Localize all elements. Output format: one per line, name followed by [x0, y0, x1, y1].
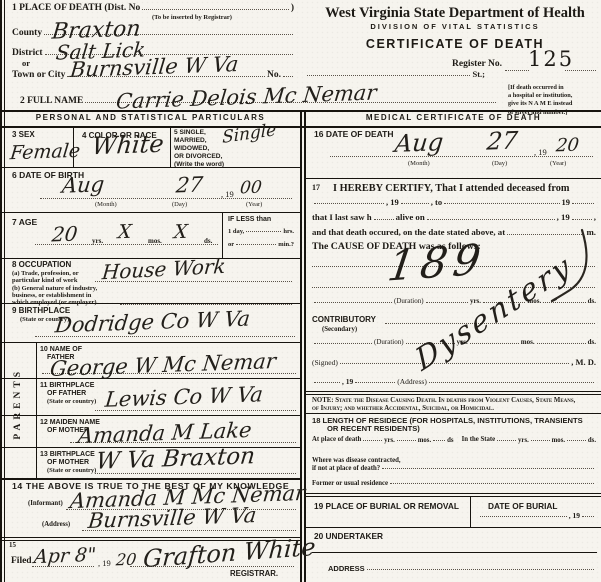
- full-name-label: 2 FULL NAME: [20, 96, 83, 106]
- h-rule: [306, 496, 601, 497]
- to-label: , to: [431, 198, 442, 207]
- yrs-label: yrs.: [384, 437, 395, 444]
- certify-line2: , 19 , to 19: [312, 198, 596, 207]
- blank: [572, 203, 594, 204]
- father-name-handwritten: George W Mc Nemar: [49, 351, 277, 380]
- marital-value-handwritten: Single: [222, 122, 276, 147]
- printed-19: , 19: [386, 198, 399, 207]
- at-place-label: At place of death: [312, 436, 361, 444]
- h-rule: [306, 527, 601, 528]
- blank: [567, 440, 586, 441]
- mother-birthplace-sub: (State or country): [47, 467, 96, 474]
- v-rule: [222, 212, 223, 258]
- address-label: (Address): [397, 378, 427, 386]
- left-section-title: PERSONAL AND STATISTICAL PARTICULARS: [0, 114, 301, 123]
- filed-year-printed: , 19: [98, 559, 111, 568]
- blank: [397, 440, 416, 441]
- register-no-blank-left: [505, 70, 529, 71]
- min-blank: [236, 244, 276, 245]
- ds-label: ds.: [588, 339, 596, 347]
- department-title: West Virginia State Department of Health: [310, 6, 600, 22]
- age-months-handwritten: X: [117, 223, 133, 243]
- blank: [355, 382, 395, 383]
- certify-line3: that I last saw h alive on , 19 ,: [312, 213, 596, 223]
- marital-label: 5 SINGLE, MARRIED, WIDOWED, OR DIVORCED,…: [174, 129, 224, 169]
- one-day-label: 1 day,: [228, 228, 244, 235]
- age-years-handwritten: 20: [51, 224, 79, 245]
- district-label: District: [12, 48, 43, 58]
- dod-year-handwritten: 20: [555, 137, 580, 156]
- cause-value-handwritten: 189: [385, 238, 489, 287]
- signed-address-line: , 19 (Address): [312, 378, 596, 386]
- division-subtitle: DIVISION OF VITAL STATISTICS: [310, 23, 600, 31]
- certify-num: 17: [312, 184, 320, 193]
- informant-address-label: (Address): [42, 521, 70, 528]
- v-rule: [36, 342, 37, 478]
- race-value-handwritten: White: [91, 132, 165, 159]
- mother-maiden-handwritten: Amanda M Lake: [77, 420, 253, 447]
- comma: ,: [594, 213, 596, 223]
- place-of-death-label: 1 PLACE OF DEATH (Dist. No: [12, 3, 140, 13]
- last-saw-label: that I last saw h: [312, 213, 372, 223]
- blank: [572, 219, 592, 220]
- center-divider-outer: [300, 110, 302, 582]
- dob-year-handwritten: 00: [239, 180, 262, 198]
- age-ds-label: ds.: [204, 238, 212, 246]
- mother-birthplace-label-1: 13 BIRTHPLACE: [40, 451, 95, 459]
- blank: [374, 219, 394, 220]
- dob-day-sub: (Day): [172, 201, 187, 208]
- town-label: Town or City: [12, 70, 65, 80]
- father-name-label-1: 10 NAME OF: [40, 346, 82, 354]
- dod-day-sub: (Day): [492, 160, 507, 167]
- occupation-b-blank: [120, 304, 292, 305]
- mos-label: mos.: [521, 339, 535, 347]
- blank: [480, 516, 567, 517]
- age-days-handwritten: X: [173, 223, 189, 243]
- dod-year-sub: (Year): [550, 160, 566, 167]
- or-label: or: [22, 59, 30, 68]
- undertaker-label: 20 UNDERTAKER: [314, 532, 383, 541]
- dob-year-printed: , 19: [221, 190, 234, 199]
- contributory-label: CONTRIBUTORY: [312, 316, 376, 325]
- center-divider-inner: [304, 110, 306, 582]
- dob-blank: [40, 198, 292, 199]
- residence-line: At place of death yrs. mos. ds In the St…: [312, 436, 596, 444]
- blank: [429, 382, 594, 383]
- yrs-label: yrs.: [518, 437, 529, 444]
- father-birthplace-sub: (State or country): [47, 398, 96, 405]
- blank: [314, 382, 340, 383]
- blank: [314, 203, 384, 204]
- hrs-blank: [246, 231, 281, 232]
- duration-label: (Duration): [394, 298, 424, 306]
- full-name-value-handwritten: Carrie Delois Mc Nemar: [115, 82, 378, 112]
- blank: [367, 569, 594, 570]
- dob-year-sub: (Year): [246, 201, 262, 208]
- ds-label: ds: [447, 437, 453, 444]
- occupation-value-handwritten: House Work: [101, 256, 226, 283]
- blank: [427, 219, 555, 220]
- street-blank: [307, 75, 470, 76]
- h-rule: [306, 413, 601, 414]
- county-label: County: [12, 28, 42, 38]
- register-no-blank-right: [565, 70, 596, 71]
- occupation-a2: particular kind of work: [12, 277, 77, 284]
- h-rule: [0, 167, 301, 168]
- date-of-death-label: 16 DATE OF DEATH: [314, 130, 394, 139]
- street-row: St.;: [305, 70, 485, 79]
- dod-month-sub: (Month): [408, 160, 430, 167]
- if-less-line1: IF LESS than: [228, 216, 271, 224]
- blank: [537, 343, 586, 344]
- note-line2: of Injury; and whether Accidental, Suici…: [312, 405, 494, 412]
- registrar-insert-note: (To be inserted by Registrar): [152, 14, 232, 21]
- where-contracted-label-1: Where was disease contracted,: [312, 457, 401, 464]
- blank: [340, 363, 569, 364]
- dod-year-printed: , 19: [534, 148, 547, 157]
- father-birthplace-label-2: OF FATHER: [47, 390, 86, 398]
- blank: [433, 440, 445, 441]
- v-rule: [170, 127, 171, 167]
- min-label: min.?: [278, 241, 294, 248]
- burial-date-line: , 19: [478, 512, 596, 520]
- where-contracted-line: if not at place of death?: [312, 465, 596, 472]
- age-mos-label: mos.: [148, 238, 162, 246]
- v-rule: [470, 496, 471, 527]
- occupation-label: 8 OCCUPATION: [12, 261, 71, 270]
- father-birthplace-label-1: 11 BIRTHPLACE: [40, 382, 94, 390]
- h-rule: [306, 394, 601, 395]
- sex-value-handwritten: Female: [9, 142, 81, 164]
- printed-19: , 19: [557, 213, 570, 223]
- where-contracted-label-2: if not at place of death?: [312, 465, 380, 472]
- mother-birthplace-label-2: OF MOTHER: [47, 459, 89, 467]
- informant-label: (Informant): [28, 500, 63, 507]
- filed-year-handwritten: 20: [115, 552, 137, 569]
- printed-19: 19: [562, 198, 571, 207]
- blank: [444, 203, 559, 204]
- blank: [582, 516, 594, 517]
- hrs-label: hrs.: [283, 228, 294, 235]
- h-rule: [0, 478, 301, 480]
- signed-label: (Signed): [312, 359, 338, 367]
- printed-19: , 19: [342, 378, 353, 386]
- page-left-border-inner: [4, 0, 5, 582]
- residence-label-2: OR RECENT RESIDENTS): [327, 425, 420, 433]
- blank: [426, 302, 468, 303]
- informant-address-handwritten: Burnsville W Va: [87, 505, 258, 532]
- undertaker-address-line: ADDRESS: [328, 565, 596, 573]
- no-label: No.: [267, 70, 281, 80]
- place-of-death-heading: 1 PLACE OF DEATH (Dist. No ): [12, 3, 294, 13]
- h-rule: [306, 178, 601, 179]
- blank: [531, 440, 550, 441]
- burial-place-label: 19 PLACE OF BURIAL OR REMOVAL: [314, 502, 459, 511]
- in-state-label: In the State: [462, 436, 496, 444]
- certify-line1: I HEREBY CERTIFY, That I attended deceas…: [333, 183, 570, 194]
- if-less-line2: 1 day, hrs.: [228, 228, 294, 235]
- h-rule: [0, 342, 301, 343]
- md-label: , M. D.: [571, 358, 596, 367]
- dod-blank: [330, 156, 593, 157]
- address-label: ADDRESS: [328, 565, 365, 573]
- place-of-death-close: ): [291, 3, 294, 13]
- h-rule: [306, 391, 601, 392]
- register-no-value: 125: [528, 48, 574, 71]
- printed-19: , 19: [569, 512, 580, 520]
- filed-label: Filed: [11, 556, 32, 566]
- page-left-border-outer: [0, 0, 2, 582]
- or-min-label: or: [228, 241, 234, 248]
- mos-label: mos.: [552, 437, 565, 444]
- note-line1: NOTE: State the Disease Causing Death. I…: [312, 397, 575, 404]
- mos-label: mos.: [418, 437, 431, 444]
- sex-label: 3 SEX: [12, 131, 35, 140]
- dod-day-handwritten: 27: [486, 128, 519, 153]
- dist-no-blank: [142, 9, 289, 10]
- mother-birthplace-handwritten: W Va Braxton: [95, 445, 256, 474]
- dob-day-handwritten: 27: [175, 174, 204, 196]
- age-label: 7 AGE: [12, 218, 37, 227]
- filed-date-handwritten: Apr 8": [33, 546, 97, 567]
- dob-month-sub: (Month): [95, 201, 117, 208]
- former-residence-line: Former or usual residence: [312, 480, 596, 487]
- death-certificate-page: 1 PLACE OF DEATH (Dist. No ) (To be inse…: [0, 0, 601, 582]
- h-rule: [0, 378, 301, 379]
- blank: [497, 440, 516, 441]
- age-yrs-label: yrs.: [92, 238, 103, 246]
- secondary-label: (Secondary): [322, 326, 357, 333]
- blank: [382, 468, 594, 469]
- no-blank: [283, 76, 293, 77]
- blank: [314, 302, 392, 303]
- alive-on-label: alive on: [396, 213, 425, 223]
- hospital-note: [If death occurred in a hospital or inst…: [508, 84, 572, 117]
- dod-month-handwritten: Aug: [394, 130, 445, 156]
- duration-label: (Duration): [374, 339, 404, 347]
- registrar-label: REGISTRAR.: [230, 570, 278, 579]
- dob-month-handwritten: Aug: [61, 174, 105, 197]
- blank: [390, 483, 594, 484]
- h-rule: [0, 212, 301, 213]
- blank: [401, 203, 429, 204]
- father-birthplace-handwritten: Lewis Co W Va: [104, 384, 264, 411]
- blank: [314, 343, 372, 344]
- register-no-label: Register No.: [452, 59, 502, 69]
- h-rule: [0, 415, 301, 416]
- birthplace-value-handwritten: Dodridge Co W Va: [54, 309, 251, 337]
- filed-num: 15: [9, 542, 16, 550]
- h-rule: [306, 493, 601, 494]
- blank: [363, 440, 382, 441]
- former-residence-label: Former or usual residence: [312, 480, 388, 487]
- ds-label: ds.: [588, 437, 596, 444]
- street-label: St.;: [472, 70, 485, 79]
- burial-date-label: DATE OF BURIAL: [488, 502, 557, 511]
- undertaker-blank-line: [312, 552, 597, 553]
- right-section-title: MEDICAL CERTIFICATE OF DEATH: [306, 114, 601, 123]
- if-less-line3: or min.?: [228, 241, 294, 248]
